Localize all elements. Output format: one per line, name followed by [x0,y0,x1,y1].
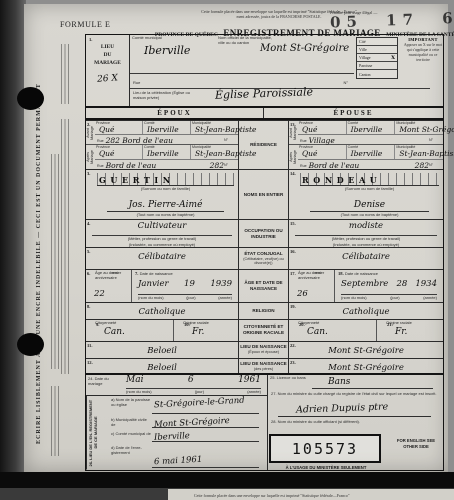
next-form-edge: Cette formule placée dans une enveloppe … [168,489,454,500]
county-value: Iberville [351,149,383,158]
civil-municipality-label: b) Municipalité civile de [108,416,152,430]
marriage-left-block: 24. Date du mariage Mai 6 1961 (nom du m… [86,375,268,470]
street-value: Village [309,136,335,145]
groom-marital-value: Célibataire [86,252,238,262]
municipality-cell: MunicipalitéSt-Jean-Baptiste [394,145,443,159]
minister-label: 27. Nom du ministre du culte chargé du r… [271,392,441,397]
bride-age-value: 26 [297,289,308,299]
center-label-birthplace: LIEU DE NAISSANCE (Époux et épouse) [238,342,289,358]
number-label: N° [224,163,228,167]
before-marriage-label: Avant Mariage [86,121,95,145]
groom-father-birthplace-value: Beloeil [86,363,238,373]
center-label-occupation: OCCUPATION OU INDUSTRIE [238,220,289,247]
celebration-label: Lieu de la célébration (Église ou maison… [133,91,193,101]
groom-given-names: Jos. Pierre-Aimé [129,200,203,210]
surname-letterboxes: GUERTIN [97,173,234,186]
field-number: 6. [87,271,90,276]
row-names: 3. GUERTIN (Surnom ou nom de famille) Jo… [86,169,443,219]
type-row-cite: Cité [357,38,397,46]
row-age-birth: 6. Âge au dernier anniversaire 22 ans 7.… [86,269,443,302]
given-label: (Tout nom ou noms de baptême) [97,213,234,218]
marriage-form-paper: ÉCRIRE LISIBLEMENT AVEC UNE ENCRE INDÉLÉ… [24,4,448,472]
province-value: Qué [302,125,317,134]
marriage-right-block: 25. Licence ou bans Bans 27. Nom du mini… [268,375,443,470]
celebration-line: Lieu de la célébration (Église ou maison… [130,88,430,106]
groom-religion: 8. Catholique [86,303,238,319]
center-label-age-birth: ÂGE ET DATE DE NAISSANCE [238,270,289,302]
registration-number: 105573 [292,440,358,458]
month-label: (nom du mois) [138,296,164,301]
section-marriage-details: 24. Date du mariage Mai 6 1961 (nom du m… [86,373,443,470]
after-marriage-label: Après Mariage [289,145,298,169]
county-cell: ComtéIberville [142,121,190,135]
groom-marital-status: 5. Célibataire [86,248,238,269]
registration-date-row: d) Date de l'enre- gistrement 6 mai 1961 [108,444,267,470]
field-number: 4. [87,221,90,226]
county-value: Iberville [144,44,190,57]
street-number-label: N° [344,81,349,86]
row-birthplace: 11. Beloeil LIEU DE NAISSANCE (Époux et … [86,341,443,358]
province-cell: ProvinceQué [298,145,346,159]
street-label: Rue [300,164,307,168]
parish-value: St-Grégoire-le-Grand [154,396,245,411]
bride-religion-value: Catholique [289,307,443,317]
groom-surname: GUERTIN [97,175,175,185]
microfilm-edge [0,0,26,500]
marriage-date-row: 24. Date du mariage Mai 6 1961 (nom du m… [86,375,267,396]
province-cell: ProvinceQué [95,121,142,135]
municipality-cell: MunicipalitéSt-Jean-Baptiste [190,145,238,159]
hole-punch [17,333,44,356]
municipal-county-row: c) Comté municipal de Iberville [108,430,267,444]
year-label: (année) [218,296,232,301]
street-label: Rue [133,81,140,86]
province-value: Qué [302,149,317,158]
day-label: (jour) [186,296,195,301]
bride-age-birth: 17. Âge au dernier anniversaire 26 ans 1… [289,270,443,302]
groom-birth-day: 19 [184,279,195,289]
marriage-day: 6 [188,375,194,385]
row-occupation: 4. Cultivateur (Métier, profession ou ge… [86,219,443,247]
type-label: Canton [359,72,371,77]
lieu-mariage-label-cell: 1. LIEU DU MARIAGE 26 X [86,35,130,106]
bride-birth-month: Septembre [341,279,388,289]
minister-signature: Adrien Dupuis ptre [296,402,389,416]
groom-occupation-value: Cultivateur [92,221,232,231]
film-frame-separator [0,472,454,488]
parish-label: a) Nom de la paroisse ou église [108,396,152,416]
licence-bans-label: 25. Licence ou bans [270,376,310,381]
center-label-citizenship: CITOYENNETÉ ET ORIGINE RACIALE [238,320,289,341]
parish-row: a) Nom de la paroisse ou église St-Grégo… [108,396,267,416]
type-label: Ville [359,47,367,52]
county-cell: ComtéIberville [142,145,190,159]
civil-municipality-row: b) Municipalité civile de Mont St-Grégoi… [108,416,267,430]
important-text: Apposer un X sur le mot qui s'applique à… [402,43,444,63]
street-label: Rue [97,164,104,168]
form-table: 1. LIEU DU MARIAGE 26 X Comté municipal … [85,34,444,471]
field-number: 17. [290,271,296,276]
municipality-value: St-Jean-Baptiste [399,149,454,158]
surname-label: (Surnom ou nom de famille) [97,187,234,192]
row-marital-status: 5. Célibataire ÉTAT CONJUGAL (Célibatair… [86,247,443,269]
english-note: FOR ENGLISH SEE OTHER SIDE [390,438,442,450]
groom-age-birth: 6. Âge au dernier anniversaire 22 ans 7.… [86,270,238,302]
groom-religion-value: Catholique [86,307,238,317]
bride-marital-status: 16. Célibataire [289,248,443,269]
number-label: N° [429,138,433,142]
bride-birthplace: 22. Mont St-Grégoire [289,342,443,358]
marriage-year: 1961 [238,375,261,385]
ministry-use-note: À L'USAGE DU MINISTÈRE SEULEMENT [268,465,384,470]
type-row-canton: Canton [357,70,397,78]
row-religion: 8. Catholique RELIGION 19. Catholique [86,302,443,319]
groom-citizenship-value: Can. [104,327,125,337]
left-margin-instruction: ÉCRIRE LISIBLEMENT AVEC UNE ENCRE INDÉLÉ… [36,62,49,466]
number-label: N° [429,163,433,167]
citizenship-label: 20. Citoyenneté [298,321,319,326]
street-label: Rue [97,139,104,143]
municipality-field: Nom officiel de la municipalité, ville o… [216,35,354,73]
handwritten-code: 26 X [86,73,130,86]
type-x-mark: X [391,55,395,61]
day-label: (jour) [195,390,204,395]
field-number: 1. [89,37,92,42]
lieu-mariage-fields: Comté municipal Iberville Nom officiel d… [130,35,443,106]
municipality-cell: MunicipalitéMont St-Grégoire [394,121,443,135]
bride-residence: 13. Avant Mariage ProvinceQué ComtéIberv… [289,121,443,170]
province-cell: ProvinceQué [95,145,142,159]
lieu-mariage-title: LIEU DU MARIAGE [86,43,129,67]
bride-father-birthplace-value: Mont St-Grégoire [289,363,443,373]
bride-birthplace-value: Mont St-Grégoire [289,346,443,356]
formule-label: FORMULE E [60,20,111,29]
officiant-label: 28. Nom du ministre du culte officiant (… [271,420,441,425]
municipality-value: Mont St-Grégoire [260,43,349,54]
bride-column-header: ÉPOUSE [264,108,443,118]
marriage-date-label: 24. Date du mariage [88,377,122,387]
county-value: Iberville [351,125,383,134]
center-label-religion: RELIGION [238,303,289,319]
groom-age-value: 22 [94,289,105,299]
type-label: Paroisse [359,63,372,68]
origin-label: 10. Origine raciale [183,321,209,326]
county-value: Iberville [147,125,179,134]
bride-occupation: 15. modiste (Métier, profession ou genre… [289,220,443,247]
groom-birthplace: 11. Beloeil [86,342,238,358]
after-marriage-label: Après Mariage [86,145,95,169]
type-label: Cité [359,39,366,44]
hole-punch [17,87,44,110]
groom-residence: 2. Avant Mariage ProvinceQué ComtéIbervi… [86,121,238,170]
province-value: Qué [99,125,114,134]
margin-fine-print [61,119,69,374]
registration-date-label: d) Date de l'enre- gistrement [108,444,152,470]
origin-label: 21. Origine raciale [386,321,412,326]
groom-occupation: 4. Cultivateur (Métier, profession ou ge… [86,220,238,247]
margin-fine-print [61,44,69,104]
municipality-cell: MunicipalitéSt-Jean-Baptiste [190,121,238,135]
center-label-birthplace-fathers: LIEU DE NAISSANCE (des pères) [238,359,289,374]
before-marriage-label: Avant Mariage [289,121,298,145]
registration-number-box: 105573 [269,434,381,463]
province-value: Qué [99,149,114,158]
day-label: (jour) [390,296,399,301]
bride-religion: 19. Catholique [289,303,443,319]
street-label: Rue [300,139,307,143]
municipal-county-label: c) Comté municipal de [108,430,152,444]
type-row-paroisse: Paroisse [357,62,397,70]
groom-birthplace-value: Beloeil [86,346,238,356]
bride-birth-year: 1934 [415,279,437,289]
county-label: Comté municipal [132,36,192,41]
bride-birth-day: 28 [396,279,407,289]
number-label: N° [224,138,228,142]
dob-label: 7. Date de naissance [135,271,173,277]
important-title: IMPORTANT [402,37,444,42]
groom-birth-month: Janvier [138,279,169,289]
groom-birth-year: 1939 [210,279,232,289]
bride-surname: RONDEAU [300,175,381,185]
municipality-value: St-Jean-Baptiste [195,149,256,158]
bride-citizenship-value: Can. [307,327,328,337]
street-value: 282 Bord de l'eau [106,136,173,145]
bride-occupation-value: modiste [295,221,437,231]
year-label: (année) [423,296,437,301]
margin-fine-print [51,154,59,369]
licence-bans-value: Bans [328,377,350,387]
spouse-columns-header: ÉPOUX ÉPOUSE [86,106,443,120]
row-birthplace-fathers: 12. Beloeil LIEU DE NAISSANCE (des pères… [86,358,443,374]
registration-date-value: 6 mai 1961 [154,455,203,468]
county-cell: ComtéIberville [346,121,395,135]
year-label: (année) [247,390,261,395]
type-row-ville: Ville [357,46,397,54]
registration-place-label: 26. LIEU DE L'EN- REGISTREMENT DE CE MAR… [86,396,108,470]
county-field: Comté municipal Iberville [130,35,214,73]
row-residence: 2. Avant Mariage ProvinceQué ComtéIbervi… [86,120,443,170]
dob-label: 18. Date de naissance [338,271,378,277]
county-cell: ComtéIberville [346,145,395,159]
margin-fine-print [51,386,59,456]
bride-names: 14. RONDEAU (Surnom ou nom de famille) D… [289,170,443,219]
section-lieu-du-mariage: 1. LIEU DU MARIAGE 26 X Comté municipal … [86,35,443,106]
bride-father-birthplace: 23. Mont St-Grégoire [289,359,443,374]
marriage-month: Mai [126,375,143,385]
field-number: 3. [87,171,90,176]
bride-citizenship: 20. Citoyenneté Can. 21. Origine raciale… [289,320,443,341]
surname-label: (Surnom ou nom de famille) [300,187,439,192]
citizenship-label: 9. Citoyenneté [95,321,116,326]
groom-origin-value: Fr. [192,327,204,337]
center-label-names: NOMS EN ENTIER [238,170,289,219]
municipality-value: Mont St-Grégoire [399,125,454,134]
row-citizenship: 9. Citoyenneté Can. 10. Origine raciale … [86,319,443,341]
type-label: Village [359,55,371,60]
groom-citizenship: 9. Citoyenneté Can. 10. Origine raciale … [86,320,238,341]
bride-origin-value: Fr. [395,327,407,337]
important-box: IMPORTANT Apposer un X sur le mot qui s'… [402,37,444,63]
registration-place-block: 26. LIEU DE L'EN- REGISTREMENT DE CE MAR… [86,396,267,470]
province-cell: ProvinceQué [298,121,346,135]
county-value: Iberville [147,149,179,158]
municipality-value: St-Jean-Baptiste [195,125,256,134]
groom-names: 3. GUERTIN (Surnom ou nom de famille) Jo… [86,170,238,219]
month-label: (nom du mois) [126,390,152,395]
groom-column-header: ÉPOUX [86,108,264,118]
given-label: (Tout nom ou noms de baptême) [300,213,439,218]
center-label-marital: ÉTAT CONJUGAL (Célibataire, veuf(ve) ou … [238,248,289,269]
month-label: (nom du mois) [341,296,367,301]
type-row-village: VillageX [357,54,397,62]
bride-marital-value: Célibataire [289,252,443,262]
groom-father-birthplace: 12. Beloeil [86,359,238,374]
street-line: Rue N° [130,73,354,88]
field-number: 14. [290,171,296,176]
surname-letterboxes: RONDEAU [300,173,439,186]
bride-given-names: Denise [354,200,385,210]
municipality-type-box: Cité Ville VillageX Paroisse Canton [356,37,398,79]
celebration-value: Église Paroissiale [215,85,313,101]
